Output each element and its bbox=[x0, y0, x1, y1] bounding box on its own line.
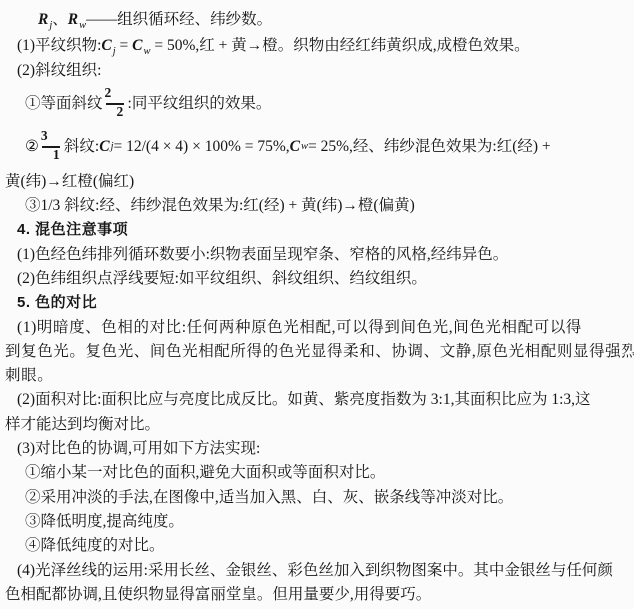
line-plain-weave: (1)平纹织物:Cj = Cw = 50%,红 + 黄→橙。织物由经红纬黄织成,… bbox=[5, 33, 630, 59]
variable-r-weft: R bbox=[68, 11, 79, 28]
text-segment: = 12/(4 × 4) × 100% = 75%, bbox=[113, 135, 289, 159]
variable-c-warp: C bbox=[101, 37, 112, 54]
fraction-denominator: 2 bbox=[117, 105, 124, 119]
line-method-2: ②采用冲淡的手法,在图像中,适当加入黑、白、灰、嵌条线等冲淡对比。 bbox=[5, 486, 630, 510]
line-twill-2-2: ①等面斜纹22:同平纹组织的效果。 bbox=[5, 84, 630, 124]
line-twill-heading: (2)斜纹组织: bbox=[5, 58, 630, 84]
fraction-numerator: 3 bbox=[41, 129, 48, 143]
text-segment: = 25%,经、纬纱混色效果为:红(经) + bbox=[308, 135, 551, 159]
variable-r-warp: R bbox=[38, 11, 49, 28]
line-contrast-brightness-1: (1)明暗度、色相的对比:任何两种原色光相配,可以得到间色光,间色光相配可以得 bbox=[5, 316, 630, 340]
subscript-w: w bbox=[144, 46, 151, 57]
twill-fraction-3-1: 31 bbox=[39, 130, 64, 164]
list-marker: ② bbox=[25, 135, 39, 159]
text-segment: :同平纹组织的效果。 bbox=[128, 92, 272, 116]
text-segment: 、 bbox=[52, 11, 68, 28]
line-mixing-note-1: (1)色经色纬排列循环数要小:织物表面呈现窄条、窄格的风格,经纬异色。 bbox=[5, 243, 630, 267]
text-segment: ①等面斜纹 bbox=[25, 92, 103, 116]
line-method-3: ③降低明度,提高纯度。 bbox=[5, 510, 630, 534]
variable-c-weft: C bbox=[290, 135, 301, 159]
line-contrast-brightness-2: 到复色光。复色光、间色光相配所得的色光显得柔和、协调、文静,原色光相配则显得强烈… bbox=[5, 340, 630, 364]
line-area-contrast-1: (2)面积对比:面积比应与亮度比成反比。如黄、紫亮度指数为 3:1,其面积比应为… bbox=[5, 388, 630, 412]
text-segment: = bbox=[116, 37, 133, 54]
line-twill-3-1-continuation: 黄(纬)→红橙(偏红) bbox=[5, 170, 630, 194]
line-luster-silk-1: (4)光泽丝线的运用:采用长丝、金银丝、彩色丝加入到织物图案中。其中金银丝与任何… bbox=[5, 559, 630, 583]
line-coordination-intro: (3)对比色的协调,可用如下方法实现: bbox=[5, 437, 630, 461]
line-luster-silk-2: 色相配都协调,且使织物显得富丽堂皇。但用量要少,用得要巧。 bbox=[5, 583, 630, 607]
text-segment: (1)平纹织物: bbox=[17, 37, 101, 54]
text-segment: 斜纹: bbox=[64, 135, 99, 159]
line-method-4: ④降低纯度的对比。 bbox=[5, 534, 630, 558]
fraction-denominator: 1 bbox=[53, 148, 60, 162]
variable-c-warp: C bbox=[99, 135, 110, 159]
variable-c-weft: C bbox=[132, 37, 143, 54]
line-twill-3-1: ②31斜纹:Cj = 12/(4 × 4) × 100% = 75%,Cw = … bbox=[5, 124, 630, 170]
line-method-1: ①缩小某一对比色的面积,避免大面积或等面积对比。 bbox=[5, 461, 630, 485]
document-page: Rj、Rw——组织循环经、纬纱数。 (1)平纹织物:Cj = Cw = 50%,… bbox=[0, 0, 634, 609]
line-r-definition: Rj、Rw——组织循环经、纬纱数。 bbox=[5, 7, 630, 33]
fraction-numerator: 2 bbox=[105, 86, 112, 100]
twill-fraction-2-2: 22 bbox=[103, 87, 128, 121]
heading-color-contrast: 5. 色的对比 bbox=[5, 291, 630, 315]
line-mixing-note-2: (2)色纬组织点浮线要短:如平纹组织、斜纹组织、绉纹组织。 bbox=[5, 267, 630, 291]
line-contrast-brightness-3: 刺眼。 bbox=[5, 364, 630, 388]
line-twill-1-3: ③1/3 斜纹:经、纬纱混色效果为:红(经) + 黄(纬)→橙(偏黄) bbox=[5, 194, 630, 218]
text-segment: = 50%,红 + 黄→橙。织物由经红纬黄织成,成橙色效果。 bbox=[151, 37, 530, 54]
line-area-contrast-2: 样才能达到均衡对比。 bbox=[5, 413, 630, 437]
heading-mixing-notes: 4. 混色注意事项 bbox=[5, 218, 630, 242]
text-segment: ——组织循环经、纬纱数。 bbox=[86, 11, 272, 28]
